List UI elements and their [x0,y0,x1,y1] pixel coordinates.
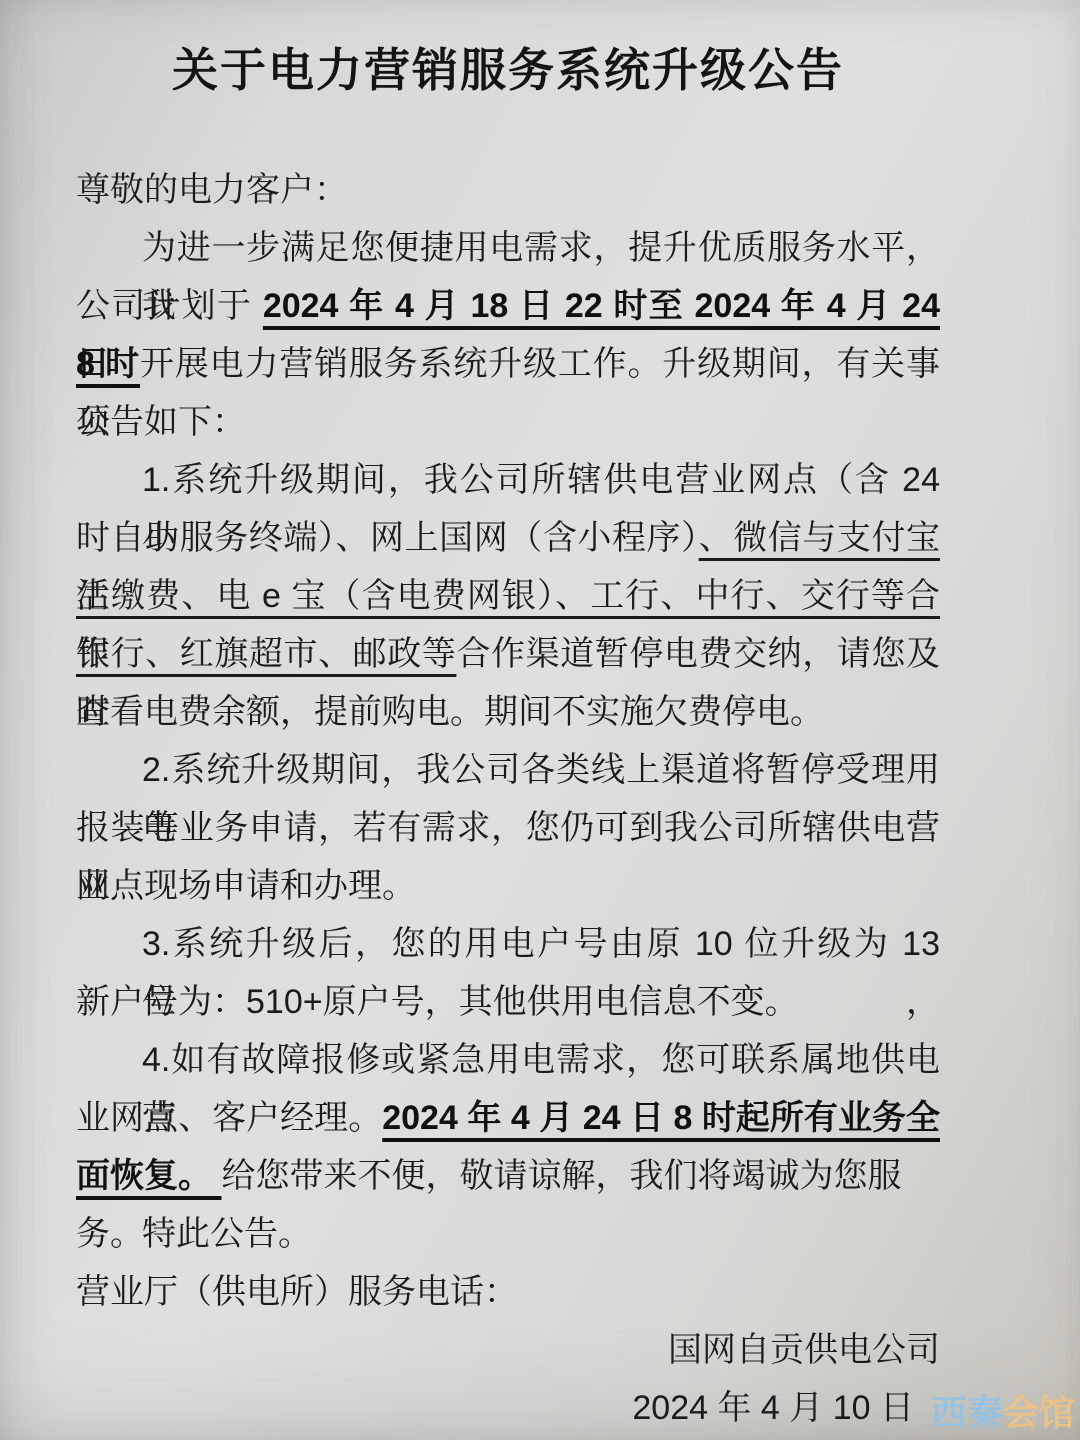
body-text: 业网点、客户经理。 [76,1099,382,1137]
emphasis-text: 银行、红旗超市、邮政等 [76,635,456,673]
notice-body: 尊敬的电力客户：为进一步满足您便捷用电需求，提升优质服务水平，我公司计划于 20… [76,161,940,1437]
item1-line-3: 活缴费、电 e 宝（含电费网银）、工行、中行、交行等合作 [76,567,940,625]
item1-line-4: 银行、红旗超市、邮政等合作渠道暂停电费交纳，请您及时 [76,625,940,683]
body-text: 特此公告。 [142,1215,312,1253]
notice-title: 关于电力营销服务系统升级公告 [76,30,940,110]
body-text: 尊敬的电力客户： [76,171,348,209]
item4-line-1: 4.如有故障报修或紧急用电需求，您可联系属地供电营 [76,1031,940,1089]
intro-line-3: 8 时开展电力营销服务系统升级工作。升级期间，有关事项 [76,335,940,393]
intro-line-2: 公司计划于 2024 年 4 月 18 日 22 时至 2024 年 4 月 2… [76,277,940,335]
signature-date: 2024 年 4 月 10 日 [76,1379,940,1437]
emphasis-text: 8 时 [76,345,140,383]
body-text: 公司计划于 [76,287,263,325]
item1-line-5: 查看电费余额，提前购电。期间不实施欠费停电。 [76,683,940,741]
watermark-text-left: 西秦 [931,1392,1003,1433]
intro-line-1: 为进一步满足您便捷用电需求，提升优质服务水平，我 [76,219,940,277]
body-text: 2024 年 4 月 10 日 [632,1389,914,1427]
watermark: 西秦会馆 [931,1385,1075,1436]
notice-photo: 关于电力营销服务系统升级公告 尊敬的电力客户：为进一步满足您便捷用电需求，提升优… [0,0,1080,1440]
body-text: 公告如下： [76,403,246,441]
intro-line-4: 公告如下： [76,393,940,451]
emphasis-text: 面恢复。 [76,1157,221,1195]
body-text: 时自助服务终端）、网上国网（含小程序） [76,519,699,557]
item2-line-2: 报装等业务申请，若有需求，您仍可到我公司所辖供电营业 [76,799,940,857]
signature-company: 国网自贡供电公司 [76,1321,940,1379]
item1-line-2: 时自助服务终端）、网上国网（含小程序）、微信与支付宝生 [76,509,940,567]
item1-line-1: 1.系统升级期间，我公司所辖供电营业网点（含 24 小 [76,451,940,509]
body-text: 新户号为：510+原户号，其他供用电信息不变。 [76,983,799,1021]
item2-line-3: 网点现场申请和办理。 [76,857,940,915]
item3-line-1: 3.系统升级后，您的用电户号由原 10 位升级为 13 位， [76,915,940,973]
watermark-text-right: 会馆 [1003,1392,1075,1433]
body-text: 国网自贡供电公司 [668,1331,940,1369]
body-text: 查看电费余额，提前购电。期间不实施欠费停电。 [76,693,824,731]
salutation-line: 尊敬的电力客户： [76,161,940,219]
emphasis-text: 2024 年 4 月 24 日 8 时起所有业务全 [382,1099,940,1137]
body-text: 营业厅（供电所）服务电话： [76,1273,518,1311]
item4-line-3: 面恢复。 给您带来不便，敬请谅解，我们将竭诚为您服务。 [76,1147,940,1205]
service-phone-line: 营业厅（供电所）服务电话： [76,1263,940,1321]
item2-line-1: 2.系统升级期间，我公司各类线上渠道将暂停受理用电 [76,741,940,799]
item4-line-2: 业网点、客户经理。2024 年 4 月 24 日 8 时起所有业务全 [76,1089,940,1147]
notice-content: 关于电力营销服务系统升级公告 尊敬的电力客户：为进一步满足您便捷用电需求，提升优… [0,0,1080,1437]
body-text: 网点现场申请和办理。 [76,867,416,905]
closing-line: 特此公告。 [76,1205,940,1263]
